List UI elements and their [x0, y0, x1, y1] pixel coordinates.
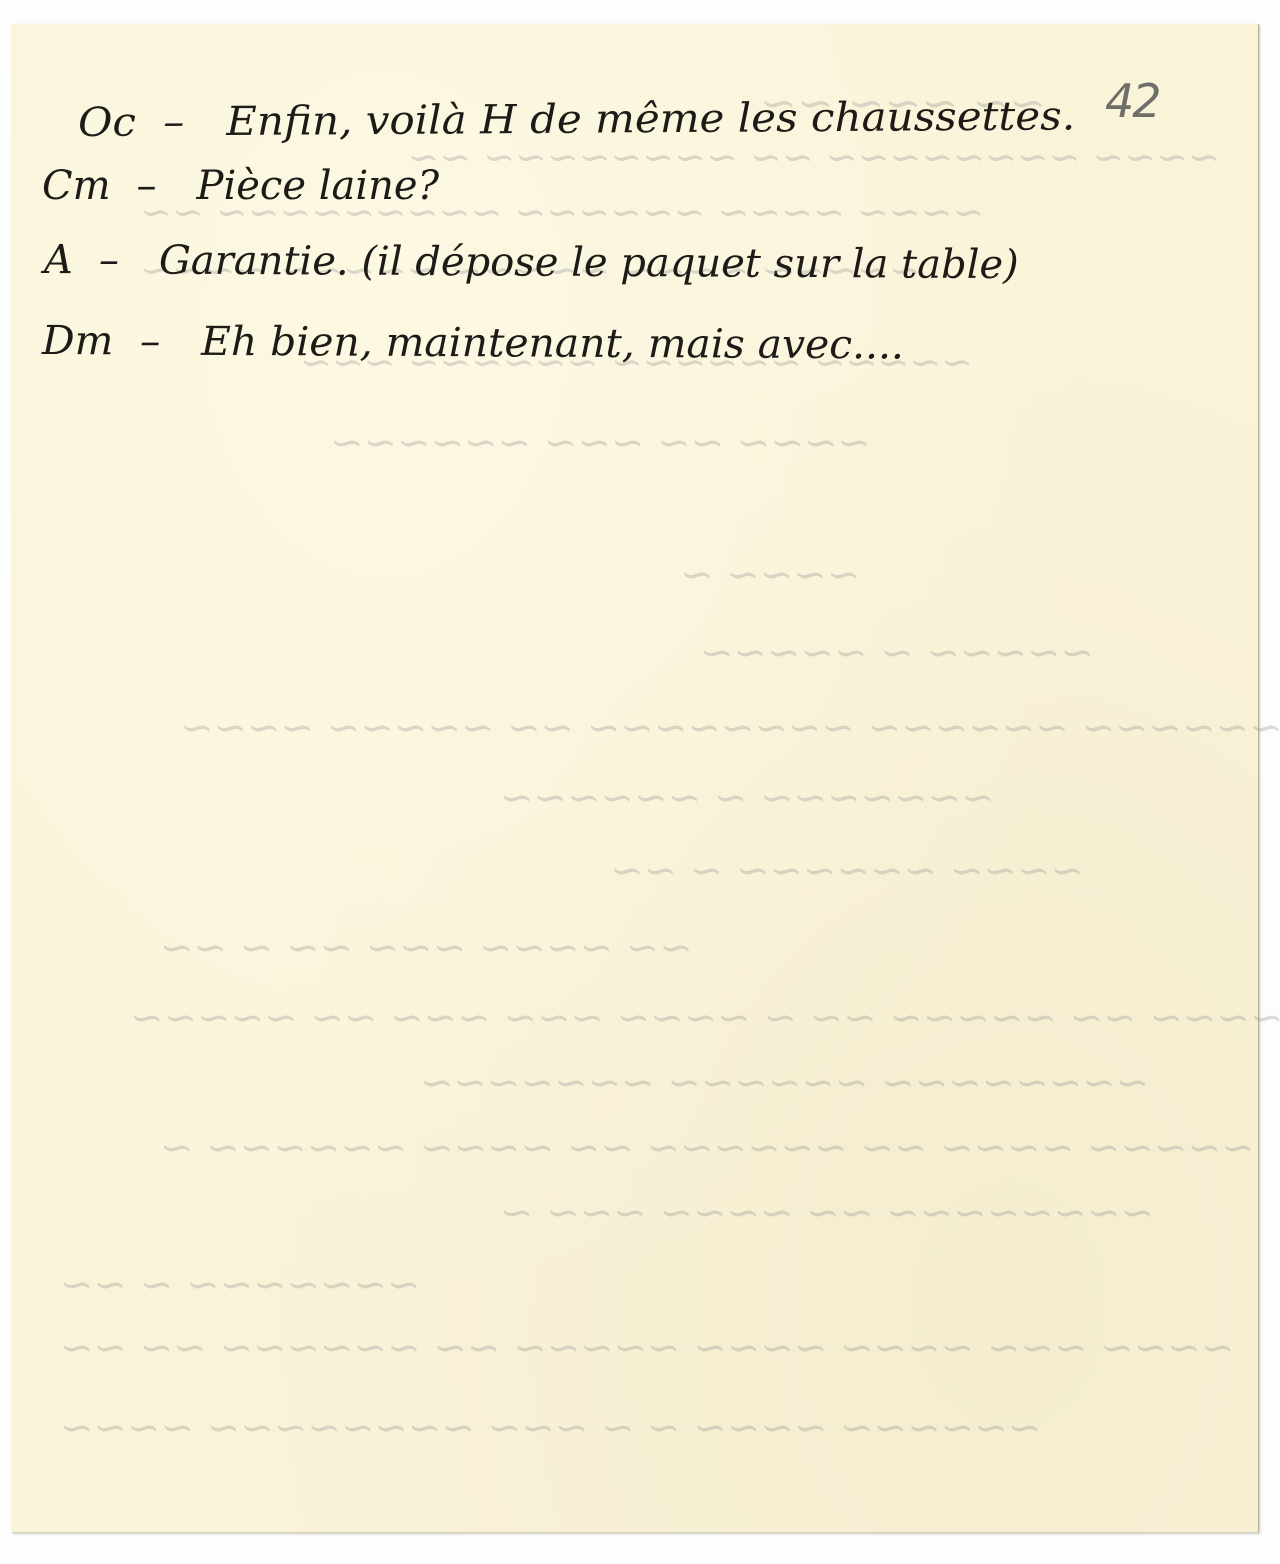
dash-separator: – [99, 237, 119, 283]
speaker-label: Cm [42, 163, 111, 209]
speaker-label: A [44, 237, 73, 283]
dialogue-text: Enfin, voilà H de même les chaussettes. [226, 93, 1075, 145]
speaker-label: Oc [78, 100, 136, 146]
dialogue-text: Pièce laine? [197, 163, 439, 209]
dialogue-line-3: A–Garantie. (il dépose le paquet sur la … [44, 237, 1019, 288]
dialogue-line-2: Cm–Pièce laine? [42, 163, 439, 209]
dash-separator: – [137, 163, 157, 209]
dash-separator: – [140, 319, 161, 365]
dialogue-text: Garantie. (il dépose le paquet sur la ta… [159, 238, 1019, 289]
dialogue-line-4: Dm–Eh bien, maintenant, mais avec.... [42, 318, 904, 368]
dash-separator: – [163, 99, 184, 145]
page-number: 42 [1105, 74, 1160, 128]
dialogue-text: Eh bien, maintenant, mais avec.... [201, 319, 904, 369]
speaker-label: Dm [42, 318, 114, 364]
dialogue-line-1: Oc–Enfin, voilà H de même les chaussette… [78, 93, 1075, 146]
